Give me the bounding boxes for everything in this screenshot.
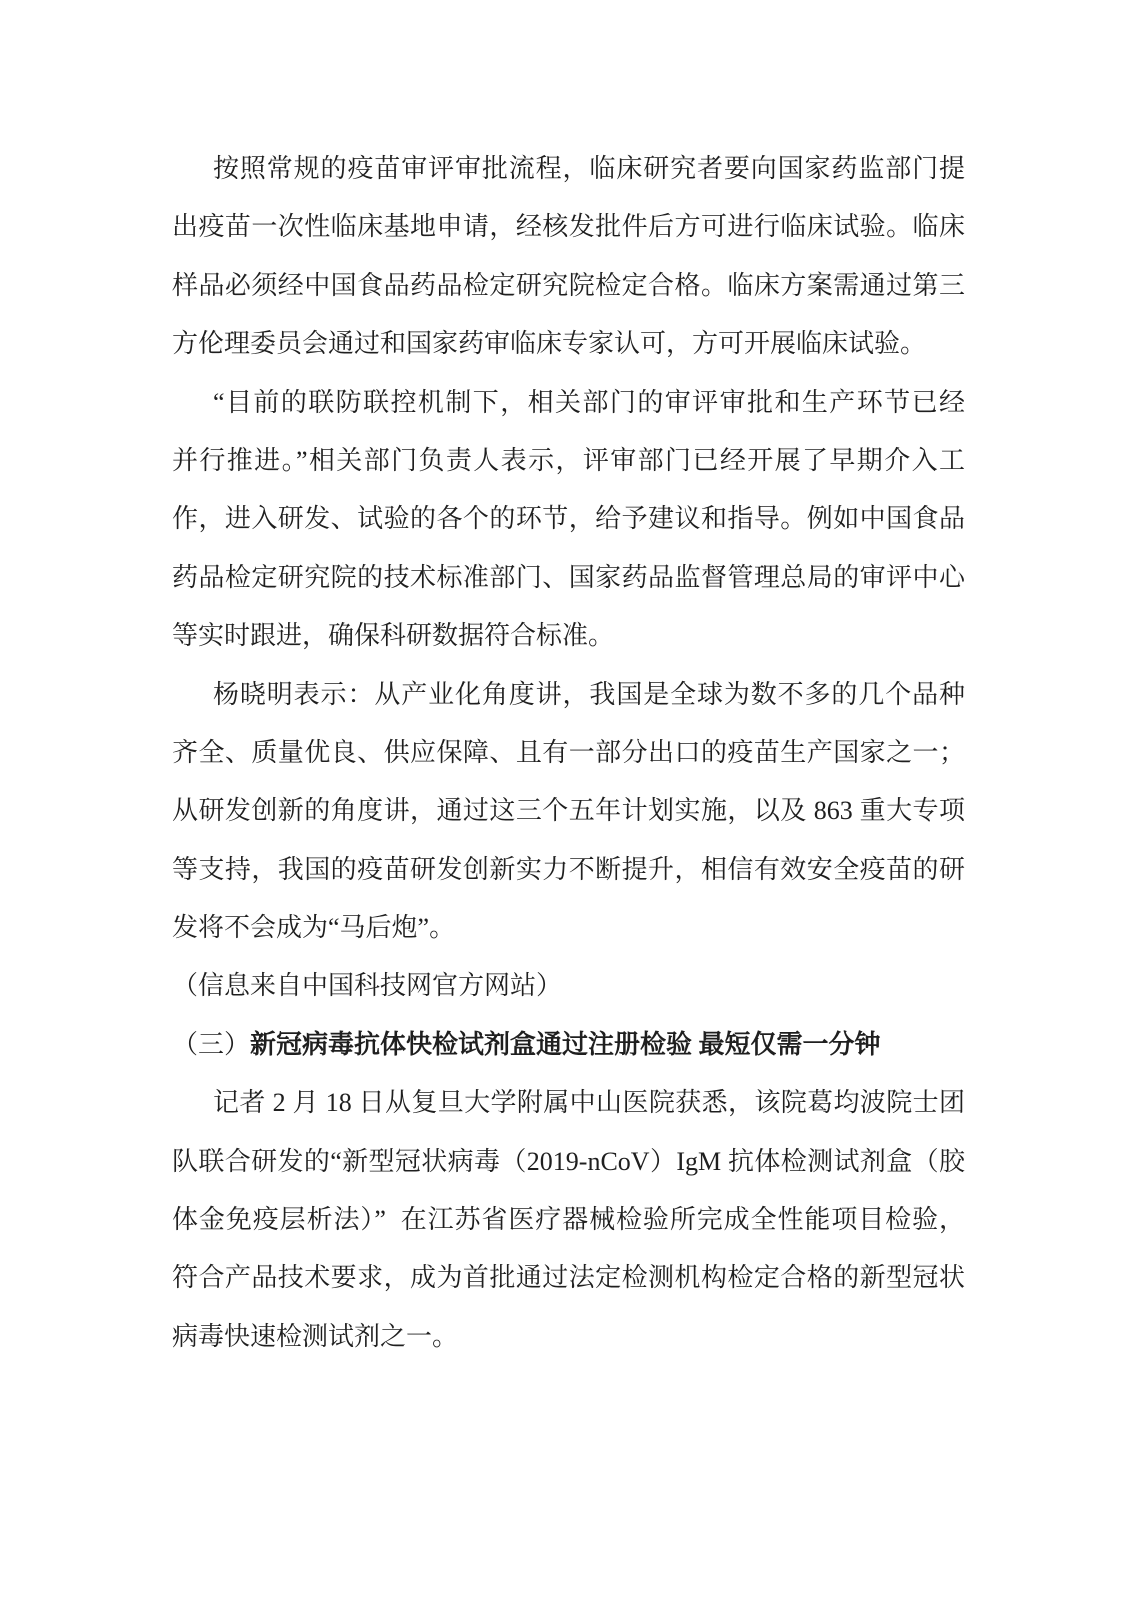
text-line: 病毒快速检测试剂之一。 (172, 1308, 965, 1366)
text-line: 等实时跟进，确保科研数据符合标准。 (172, 607, 965, 665)
text-line: 体金免疫层析法）” 在江苏省医疗器械检验所完成全性能项目检验， (172, 1191, 965, 1249)
paragraph-test-kit-registration: 记者 2 月 18 日从复旦大学附属中山医院获悉，该院葛均波院士团队联合研发的“… (172, 1074, 965, 1366)
text-line: 符合产品技术要求，成为首批通过法定检测机构检定合格的新型冠状 (172, 1249, 965, 1307)
heading-number: （三） (172, 1030, 250, 1059)
text-line: 齐全、质量优良、供应保障、且有一部分出口的疫苗生产国家之一； (172, 724, 965, 782)
text-line: 样品必须经中国食品药品检定研究院检定合格。临床方案需通过第三 (172, 257, 965, 315)
text-line: 作，进入研发、试验的各个的环节，给予建议和指导。例如中国食品 (172, 490, 965, 548)
document-body: 按照常规的疫苗审评审批流程，临床研究者要向国家药监部门提出疫苗一次性临床基地申请… (172, 140, 965, 1366)
paragraph-joint-prevention-mechanism: “目前的联防联控机制下，相关部门的审评审批和生产环节已经并行推进。”相关部门负责… (172, 374, 965, 666)
text-line: 杨晓明表示：从产业化角度讲，我国是全球为数不多的几个品种 (172, 666, 965, 724)
paragraph-vaccine-approval-process: 按照常规的疫苗审评审批流程，临床研究者要向国家药监部门提出疫苗一次性临床基地申请… (172, 140, 965, 374)
text-line: 从研发创新的角度讲，通过这三个五年计划实施，以及 863 重大专项 (172, 782, 965, 840)
paragraph-yang-xiaoming-statement: 杨晓明表示：从产业化角度讲，我国是全球为数不多的几个品种齐全、质量优良、供应保障… (172, 666, 965, 958)
text-line: 队联合研发的“新型冠状病毒（2019-nCoV）IgM 抗体检测试剂盒（胶 (172, 1133, 965, 1191)
text-line: （信息来自中国科技网官方网站） (172, 957, 965, 1015)
text-line: 方伦理委员会通过和国家药审临床专家认可，方可开展临床试验。 (172, 315, 965, 373)
text-line: 记者 2 月 18 日从复旦大学附属中山医院获悉，该院葛均波院士团 (172, 1074, 965, 1132)
section-heading-antibody-test-kit: （三）新冠病毒抗体快检试剂盒通过注册检验 最短仅需一分钟 (172, 1016, 965, 1074)
heading-line: （三）新冠病毒抗体快检试剂盒通过注册检验 最短仅需一分钟 (172, 1016, 965, 1074)
text-line: “目前的联防联控机制下，相关部门的审评审批和生产环节已经 (172, 374, 965, 432)
text-line: 发将不会成为“马后炮”。 (172, 899, 965, 957)
text-line: 按照常规的疫苗审评审批流程，临床研究者要向国家药监部门提 (172, 140, 965, 198)
text-line: 出疫苗一次性临床基地申请，经核发批件后方可进行临床试验。临床 (172, 198, 965, 256)
text-line: 并行推进。”相关部门负责人表示，评审部门已经开展了早期介入工 (172, 432, 965, 490)
text-line: 药品检定研究院的技术标准部门、国家药品监督管理总局的审评中心 (172, 549, 965, 607)
document-page: 按照常规的疫苗审评审批流程，临床研究者要向国家药监部门提出疫苗一次性临床基地申请… (0, 0, 1131, 1600)
heading-text: 新冠病毒抗体快检试剂盒通过注册检验 最短仅需一分钟 (250, 1030, 881, 1059)
paragraph-source-note: （信息来自中国科技网官方网站） (172, 957, 965, 1015)
text-line: 等支持，我国的疫苗研发创新实力不断提升，相信有效安全疫苗的研 (172, 841, 965, 899)
